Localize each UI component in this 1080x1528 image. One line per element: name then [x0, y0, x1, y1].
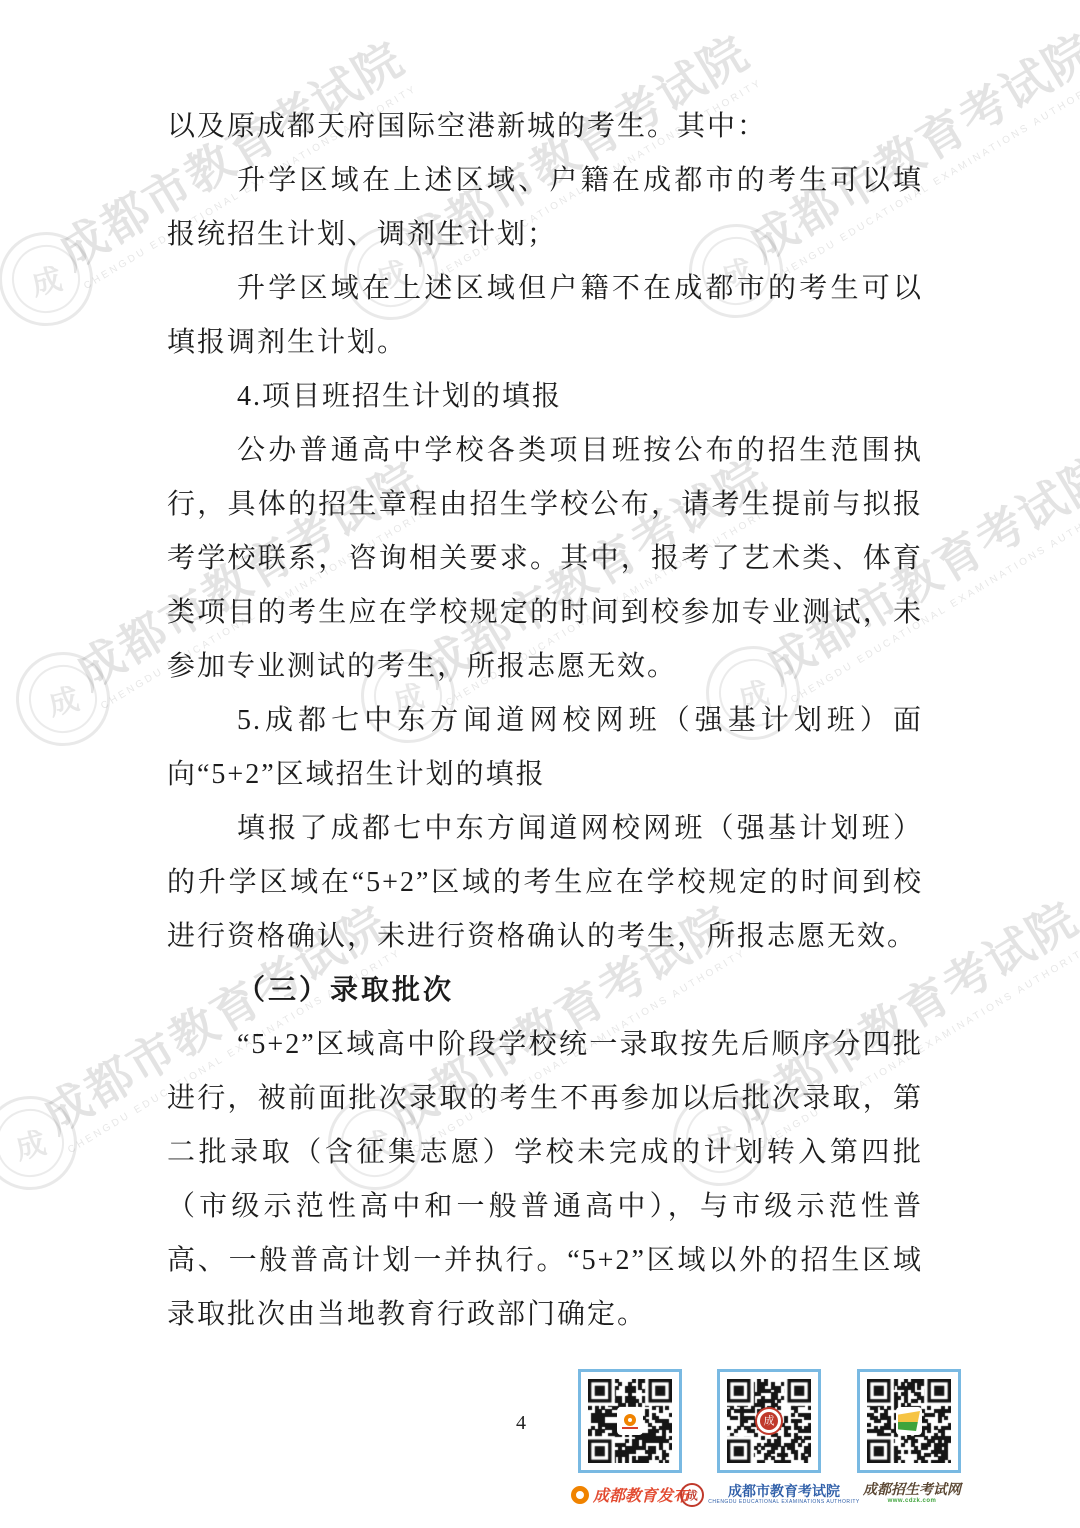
qr-code-zhaosheng-site [857, 1369, 961, 1473]
paragraph: 填报了成都七中东方闻道网校网班（强基计划班）的升学区域在“5+2”区域的考生应在… [167, 802, 923, 964]
paragraph: 升学区域在上述区域、户籍在成都市的考生可以填报统招生计划、调剂生计划； [167, 154, 923, 262]
document-body: 以及原成都天府国际空港新城的考生。其中：升学区域在上述区域、户籍在成都市的考生可… [167, 100, 923, 1342]
qr-center-logo [617, 1407, 643, 1435]
qr-label-subtext: www.cdzk.com [888, 1498, 937, 1505]
section-heading: （三）录取批次 [167, 964, 923, 1018]
round-seal-watermark: 成 [6, 642, 120, 756]
logo-caption-bar [622, 1427, 638, 1429]
qr-center-logo [896, 1407, 922, 1435]
qr-code-exam-authority: 成 [717, 1369, 821, 1473]
red-seal-icon: 成 [680, 1483, 704, 1507]
orange-ring-icon [571, 1486, 589, 1504]
paragraph: 4.项目班招生计划的填报 [167, 370, 923, 424]
qr-label-subtext: CHENGDU EDUCATIONAL EXAMINATIONS AUTHORI… [708, 1500, 859, 1506]
green-flag-icon [898, 1411, 920, 1431]
qr-label-zhaosheng-site: 成都招生考试网 www.cdzk.com [840, 1483, 980, 1505]
document-page: 成都市教育考试院CHENGDU EDUCATIONAL EXAMINATIONS… [0, 0, 1080, 1528]
paragraph: 5.成都七中东方闻道网校网班（强基计划班）面向“5+2”区域招生计划的填报 [167, 694, 923, 802]
qr-label-text: 成都市教育考试院 [728, 1485, 840, 1500]
qr-label-exam-authority: 成 成都市教育考试院 CHENGDU EDUCATIONAL EXAMINATI… [700, 1483, 840, 1507]
qr-label-text: 成都招生考试网 [863, 1483, 961, 1498]
page-number: 4 [516, 1412, 526, 1435]
round-seal-watermark: 成 [0, 222, 103, 336]
red-seal-icon: 成 [760, 1412, 778, 1430]
paragraph: “5+2”区域高中阶段学校统一录取按先后顺序分四批进行，被前面批次录取的考生不再… [167, 1018, 923, 1342]
qr-center-logo: 成 [755, 1407, 783, 1435]
paragraph: 以及原成都天府国际空港新城的考生。其中： [167, 100, 923, 154]
round-seal-watermark: 成 [0, 1086, 87, 1200]
qr-label-education-release: 成都教育发布 [560, 1483, 700, 1506]
paragraph: 公办普通高中学校各类项目班按公布的招生范围执行，具体的招生章程由招生学校公布，请… [167, 424, 923, 694]
qr-label-text: 成都教育发布 [593, 1483, 689, 1506]
qr-code-education-release [578, 1369, 682, 1473]
orange-ring-icon [624, 1414, 636, 1426]
paragraph: 升学区域在上述区域但户籍不在成都市的考生可以填报调剂生计划。 [167, 262, 923, 370]
